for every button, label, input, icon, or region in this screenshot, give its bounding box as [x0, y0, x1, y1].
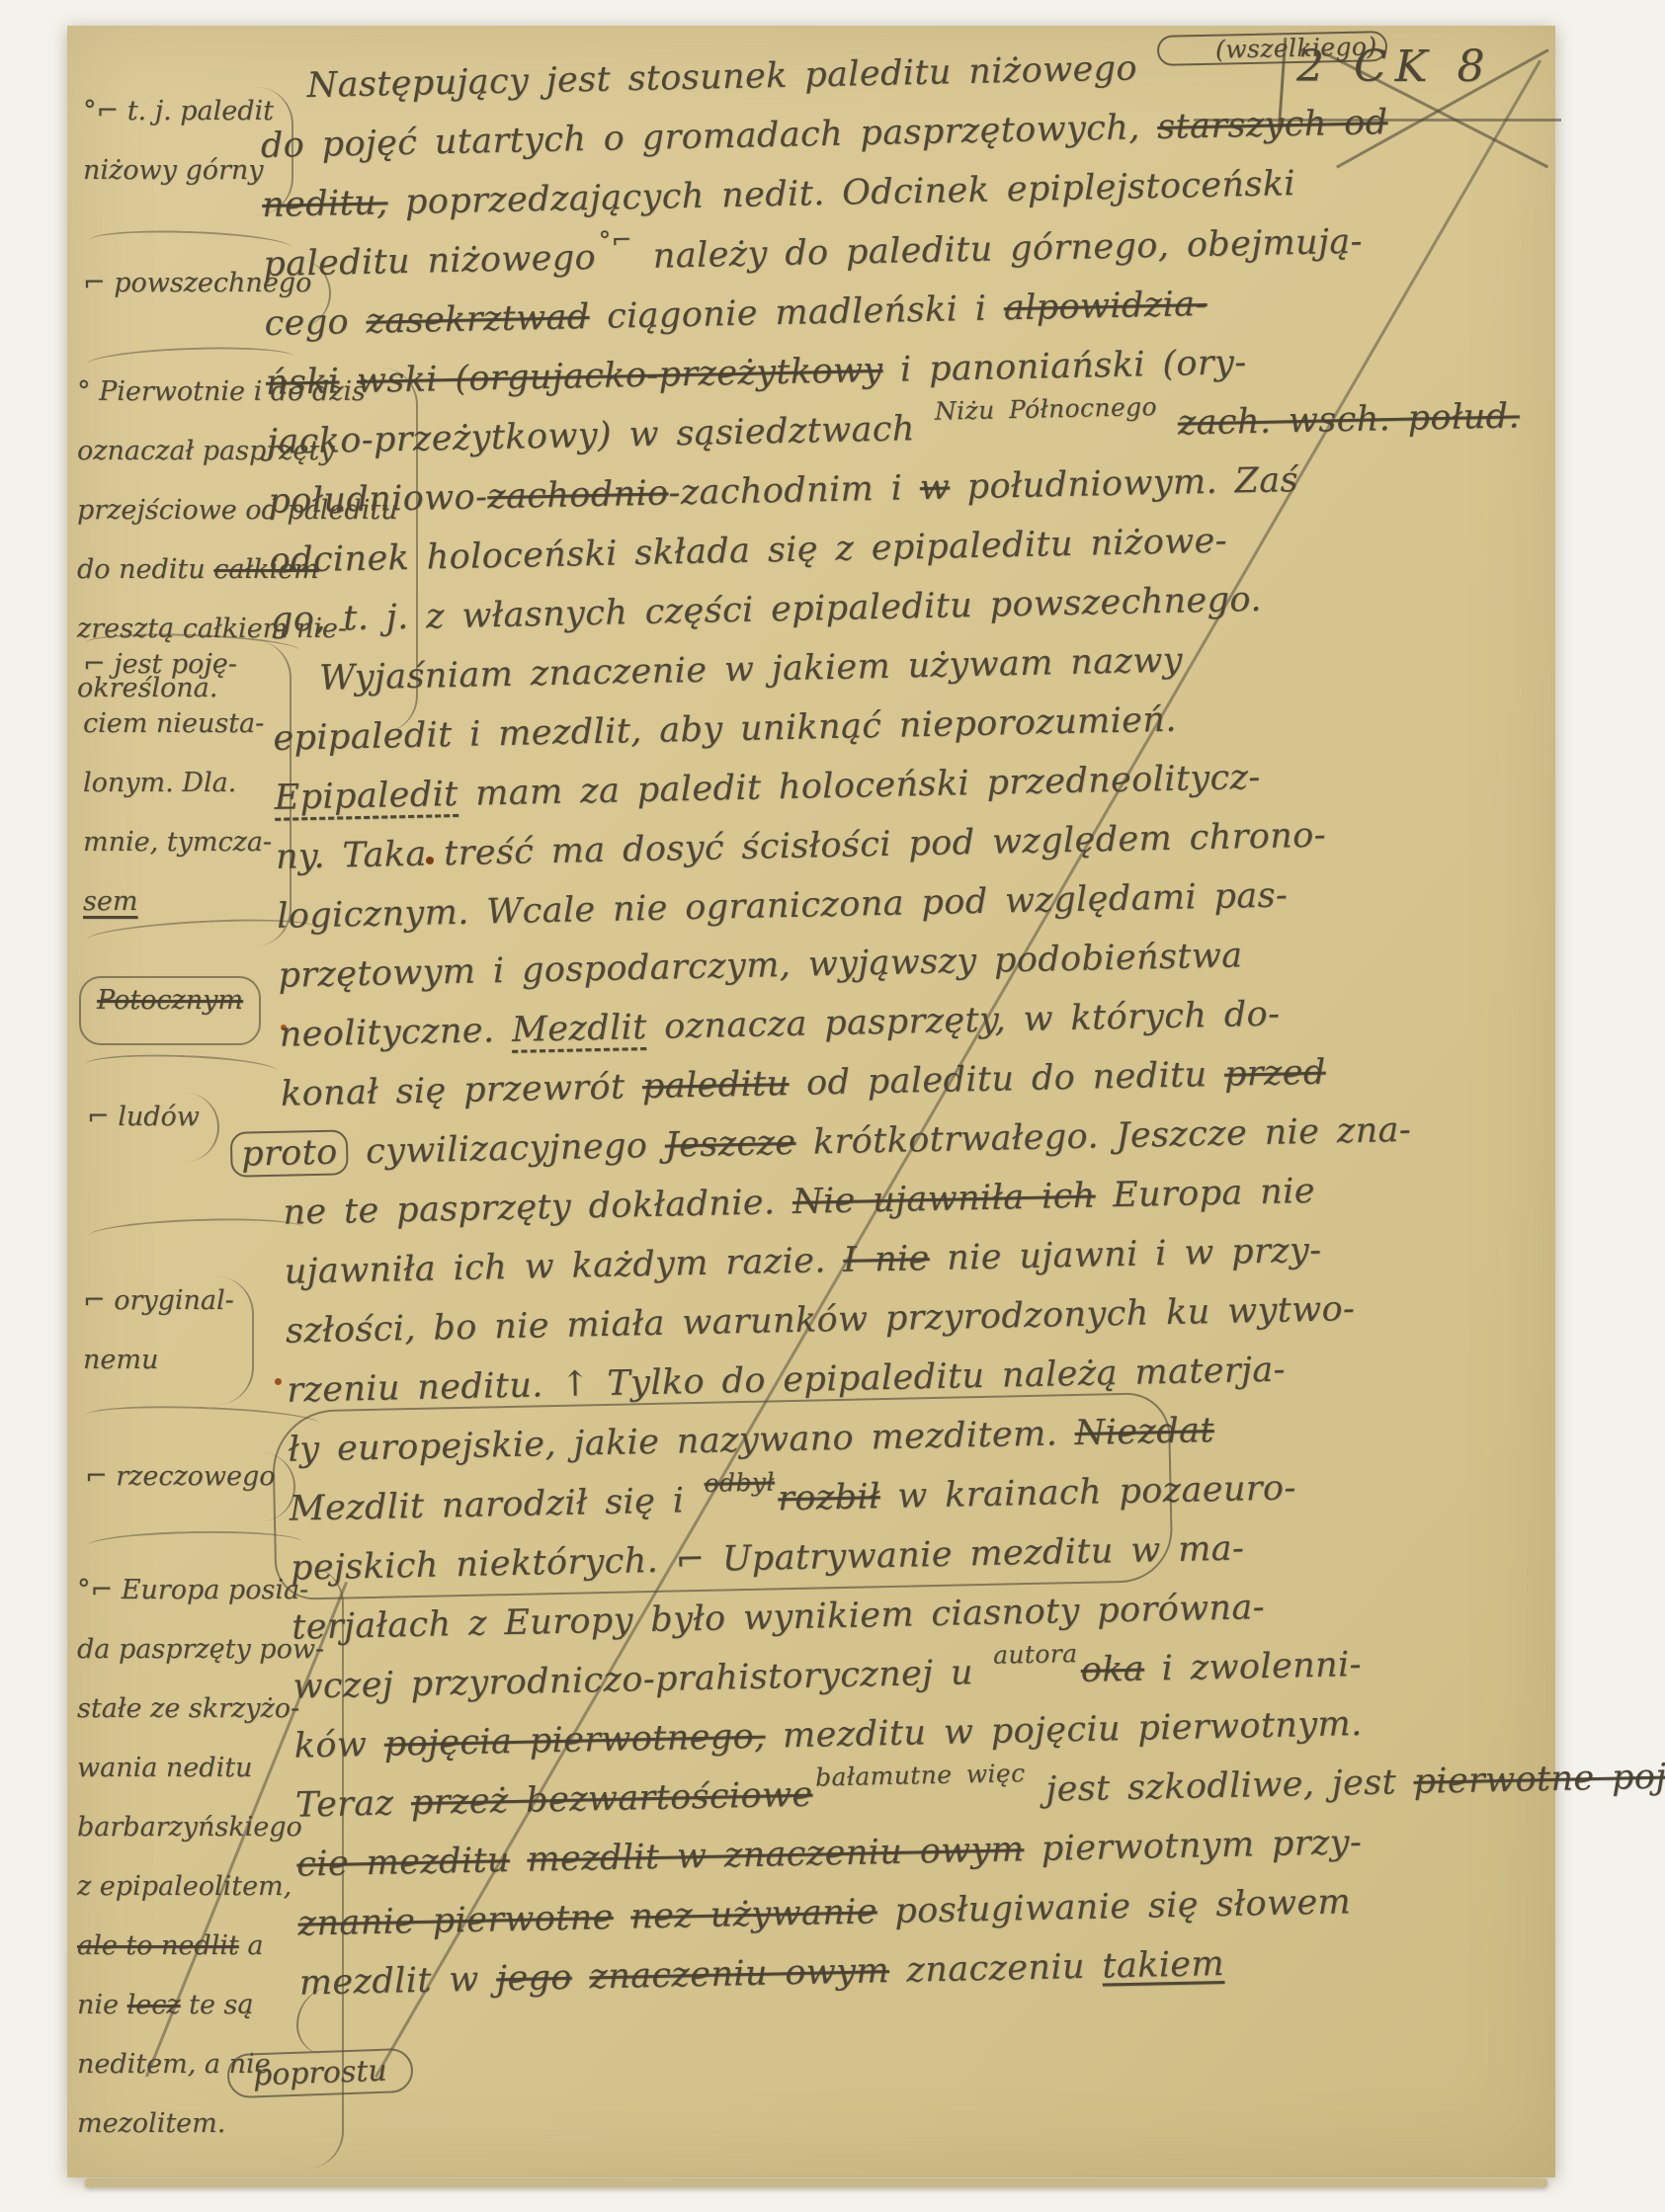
crossed-out-text: Nie ujawniła ich [792, 1177, 1096, 1222]
text-segment: lonym. Dla. [83, 768, 236, 798]
text-segment: neolityczne. [279, 1011, 512, 1055]
text-segment: jacko-przeżytkowy) w sąsiedztwach [267, 409, 933, 462]
margin-note-pojeciem: ⌐ jest poję-ciem nieusta-lonym. Dla.mnie… [83, 640, 291, 946]
text-segment: paleditu niżowego [263, 238, 596, 285]
text-segment: mnie, tymcza- [83, 827, 272, 858]
text-segment: nie ujawni i w przy- [929, 1231, 1322, 1278]
text-segment: z epipaleolitem, [77, 1871, 291, 1902]
handwritten-line: mezolitem. [77, 2104, 324, 2164]
text-segment: mezolitem. [77, 2108, 225, 2139]
crossed-out-text: zach. wsch. połud. [1177, 396, 1520, 443]
margin-note-oryginalnemu: ⌐ oryginal-nemu [83, 1276, 254, 1405]
text-segment: przętowym i gospodarczym, wyjąwszy podob… [278, 936, 1243, 995]
crossed-out-text: I nie [843, 1239, 930, 1280]
text-segment: -zachodnim i [668, 468, 920, 513]
crossed-out-text: pierwotne poję- [1413, 1757, 1665, 1802]
text-segment: epipaledit i mezdlit, aby uniknąć niepor… [273, 700, 1177, 759]
text-segment: cego [264, 302, 367, 344]
text-segment: do neditu [77, 554, 213, 585]
text-segment: nie [77, 1990, 127, 2020]
text-segment: Mezdlit [512, 1008, 647, 1050]
handwritten-line: Potocznym [97, 981, 243, 1040]
text-segment: Epipaledit [274, 775, 458, 818]
text-segment: (wszelkiego) [1157, 31, 1388, 66]
crossed-out-text: oka [1080, 1650, 1144, 1690]
crossed-out-text: przed [1224, 1053, 1327, 1095]
handwritten-line: lonym. Dla. [83, 764, 272, 823]
handwritten-line: ale to nedlit a [77, 1926, 324, 1986]
margin-note-crossed-out: Potocznym [79, 976, 261, 1045]
text-segment: posługiwanie się słowem [876, 1882, 1351, 1931]
crossed-out-text: znaczeniu owym [589, 1951, 889, 1997]
text-segment: poprzedzających nedit. Odcinek epiplejst… [387, 164, 1295, 222]
text-segment [339, 362, 357, 401]
handwritten-line: mnie, tymcza- [83, 823, 272, 882]
text-segment: go, t. j. z własnych części epipaleditu … [271, 580, 1263, 640]
text-segment: Europa nie [1095, 1172, 1315, 1216]
text-segment: °⌐ Europa posia- [77, 1575, 308, 1605]
footer-bubble: poprostu [226, 2048, 413, 2099]
text-segment [571, 1957, 589, 1997]
text-segment: ciągonie madleński i [589, 288, 1004, 337]
text-segment: ciem nieusta- [83, 708, 264, 739]
text-segment: znaczeniu [889, 1947, 1103, 1992]
crossed-out-text: mezdlit w znaczeniu owym [527, 1830, 1025, 1880]
text-segment: mezditu w pojęciu pierwotnym. [765, 1704, 1363, 1757]
text-segment: wania neditu [77, 1753, 252, 1783]
text-segment: autora [993, 1641, 1078, 1668]
text-segment: należy do paleditu górnego, obejmują- [635, 222, 1363, 277]
handwritten-line: ⌐ oryginal- [83, 1281, 234, 1341]
text-segment: ⌐ oryginal- [83, 1285, 234, 1316]
text-segment [1160, 404, 1178, 444]
crossed-out-text: Jeszcze [664, 1123, 796, 1166]
crossed-out-text: neditu, [262, 183, 388, 225]
text-segment: sem [83, 886, 137, 917]
text-segment: Następujący jest stosunek paleditu niżow… [306, 48, 1155, 106]
text-segment: Teraz [295, 1783, 412, 1825]
text-segment: jest szkodliwe, jest [1028, 1762, 1414, 1810]
text-segment: nemu [83, 1345, 158, 1375]
crossed-out-text: ński [265, 362, 339, 403]
text-segment: stałe ze skrzyżo- [77, 1693, 299, 1724]
handwritten-line: z epipaleolitem, [77, 1867, 324, 1926]
text-segment: pierwotnym przy- [1024, 1823, 1363, 1869]
handwritten-line: niżowy górny [83, 151, 274, 210]
text-segment: południowo- [268, 477, 488, 522]
crossed-out-text: Potocznym [97, 985, 243, 1016]
scanned-manuscript-page: 2 CK 8 °⌐ t. j. paleditniżowy górny ⌐ po… [0, 0, 1665, 2212]
crossed-out-text: w [919, 467, 950, 508]
text-segment: te są [181, 1990, 254, 2020]
crossed-out-text: pojęcia pierwotnego, [383, 1717, 766, 1764]
text-segment: i zwolenni- [1144, 1645, 1363, 1689]
handwritten-line: wania neditu [77, 1749, 324, 1808]
crossed-out-text: nez używanie [630, 1892, 877, 1936]
crossed-out-text: znanie pierwotne [297, 1898, 614, 1944]
text-segment: da pasprzęty pow- [77, 1634, 324, 1665]
handwritten-line: ⌐ ludów [87, 1098, 200, 1157]
paper-edge-below [85, 2178, 1547, 2187]
text-segment: odcinek holoceński składa się z epipaled… [269, 522, 1227, 581]
crossed-out-text: przeż bezwartościowe [411, 1775, 813, 1824]
crossed-out-text: wski (orgujacko-przeżytkowy [357, 351, 883, 401]
handwritten-line: ciem nieusta- [83, 704, 272, 764]
handwritten-line: nie lecz te są [77, 1986, 324, 2045]
crossed-out-text: zachodnio [487, 473, 669, 517]
text-segment: krótkotrwałego. Jeszcze nie zna- [795, 1110, 1411, 1163]
text-segment: oznacza pasprzęty, w których do- [646, 995, 1280, 1047]
text-segment: Wyjaśniam znaczenie w jakiem używam nazw… [319, 641, 1184, 698]
text-segment: ujawniła ich w każdym razie. [284, 1241, 843, 1292]
text-segment: ⌐ rzeczowego [85, 1461, 276, 1492]
text-segment: Niżu Północnego [935, 394, 1158, 424]
text-segment: do pojęć utartych o gromadach pasprzętow… [260, 108, 1157, 166]
margin-note-rzeczowego: ⌐ rzeczowego [85, 1452, 295, 1521]
text-segment: ⌐ ludów [87, 1102, 200, 1132]
text-segment [509, 1841, 527, 1880]
handwritten-line: ⌐ jest poję- [83, 645, 272, 704]
margin-note-ludow: ⌐ ludów [87, 1093, 219, 1162]
crossed-out-text: jego [496, 1958, 572, 2000]
text-segment: bałamutne więc [815, 1761, 1026, 1789]
text-segment: a [239, 1930, 264, 1961]
text-segment: °⌐ [598, 227, 632, 253]
crossed-out-text: odbył [704, 1469, 775, 1495]
text-segment: od paleditu do neditu [789, 1055, 1224, 1104]
handwritten-line: sem [83, 882, 272, 942]
handwritten-line: nemu [83, 1341, 234, 1400]
text-segment: niżowy górny [83, 155, 264, 186]
text-segment: ków [293, 1725, 384, 1766]
crossed-out-text: zasekrztwad [366, 297, 590, 342]
text-segment: wczej przyrodniczo-prahistorycznej u [292, 1653, 991, 1707]
text-segment: i panoniański (ory- [882, 343, 1247, 390]
text-segment [613, 1898, 630, 1937]
text-segment: proto [230, 1129, 349, 1177]
handwritten-line: °⌐ t. j. paledit [83, 92, 274, 151]
handwritten-line: stałe ze skrzyżo- [77, 1689, 324, 1749]
crossed-out-text: ale to nedlit [77, 1930, 239, 1961]
text-segment: ⌐ jest poję- [83, 649, 237, 680]
text-segment: mam za paledit holoceński przedneolitycz… [458, 758, 1261, 814]
handwritten-line: barbarzyńskiego [77, 1808, 324, 1867]
main-text-block: Następujący jest stosunek paleditu niżow… [259, 30, 1604, 2012]
crossed-out-text: starszych od [1157, 103, 1388, 147]
handwritten-line: da pasprzęty pow- [77, 1630, 324, 1689]
text-segment: południowym. Zaś [950, 460, 1299, 507]
text-segment: °⌐ t. j. paledit [83, 96, 274, 126]
text-segment: takiem [1102, 1944, 1224, 1987]
text-segment: barbarzyńskiego [77, 1812, 302, 1843]
text-segment: konał się przewrót [281, 1067, 643, 1114]
crossed-out-text: cie mezditu [296, 1841, 510, 1885]
ink-dot [275, 1378, 282, 1385]
crossed-out-text: paleditu [641, 1064, 789, 1106]
text-segment: cywilizacyjnego [348, 1126, 665, 1173]
text-segment: ne te pasprzęty dokładnie. [283, 1183, 792, 1233]
handwritten-line: ⌐ rzeczowego [85, 1457, 276, 1516]
crossed-out-text: lecz [127, 1990, 181, 2020]
crossed-out-text: alpowidzia- [1003, 285, 1207, 328]
